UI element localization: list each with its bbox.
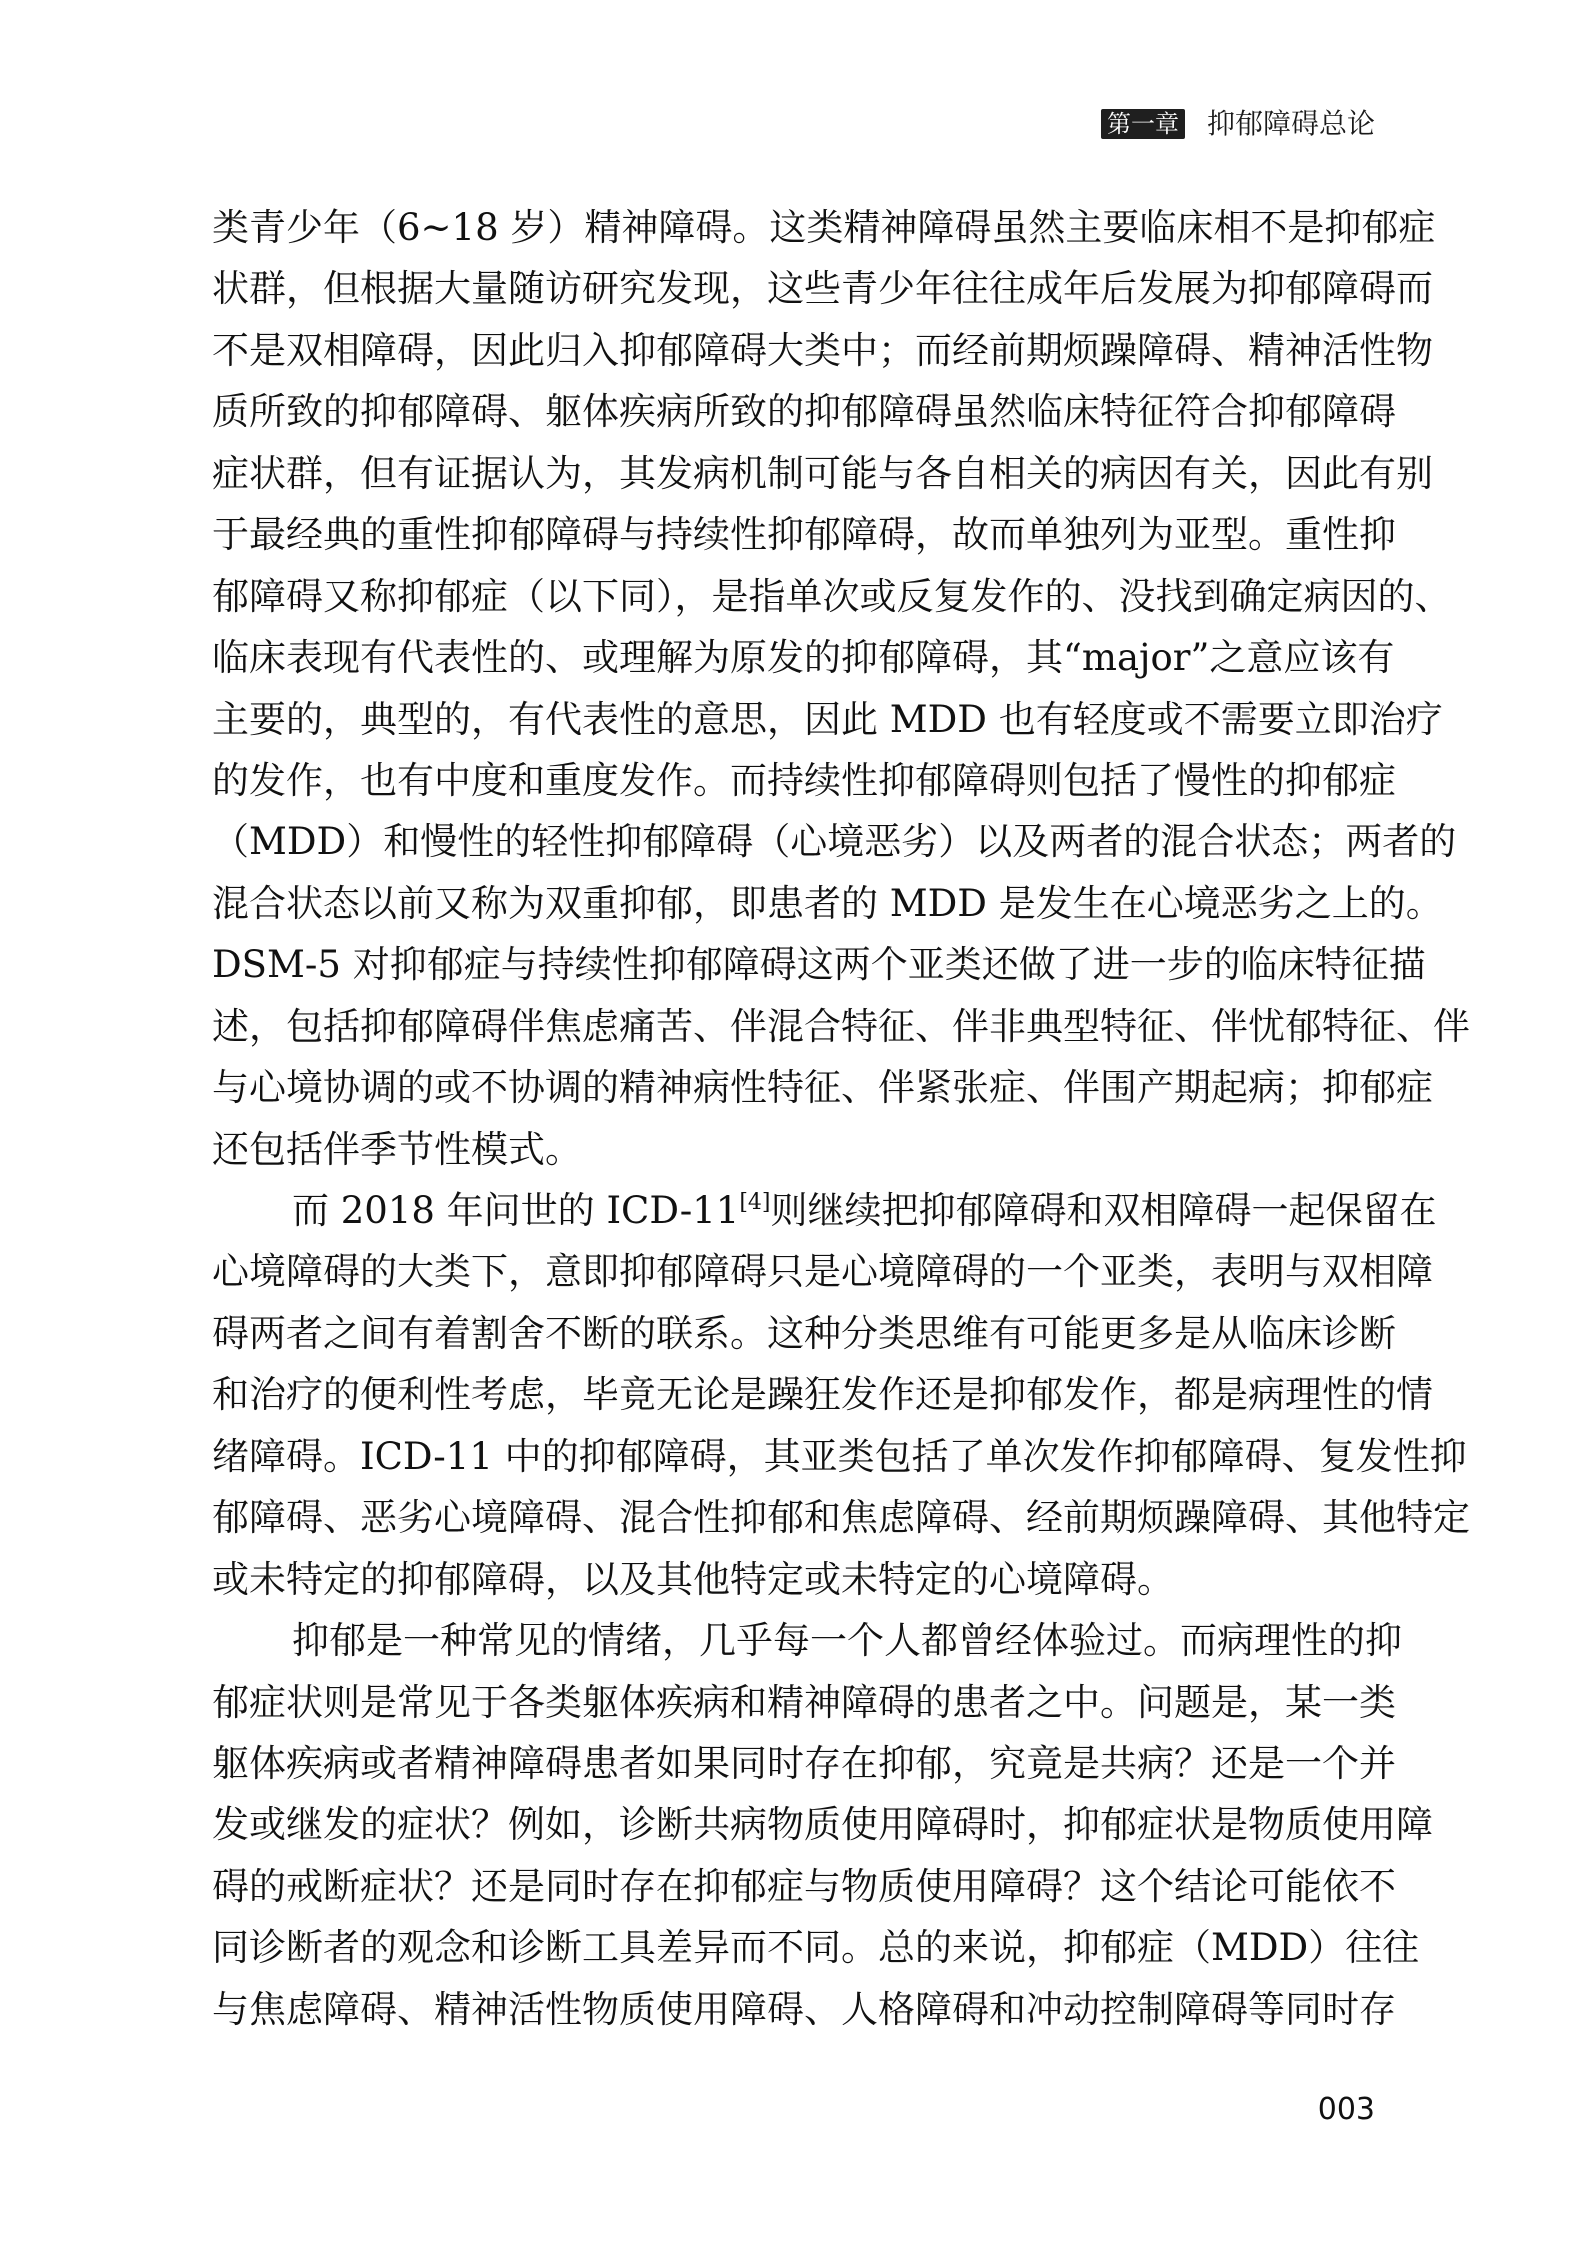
text-line: 郁障碍又称抑郁症（以下同），是指单次或反复发作的、没找到确定病因的、	[212, 566, 1376, 627]
text-line: 碍的戒断症状？还是同时存在抑郁症与物质使用障碍？这个结论可能依不	[212, 1856, 1376, 1917]
text-line: 症状群，但有证据认为，其发病机制可能与各自相关的病因有关，因此有别	[212, 443, 1376, 504]
running-header: 第一章 抑郁障碍总论	[1101, 108, 1375, 140]
text-line: 于最经典的重性抑郁障碍与持续性抑郁障碍，故而单独列为亚型。重性抑	[212, 504, 1376, 565]
text-line: 状群，但根据大量随访研究发现，这些青少年往往成年后发展为抑郁障碍而	[212, 258, 1376, 319]
text-line: 同诊断者的观念和诊断工具差异而不同。总的来说，抑郁症（MDD）往往	[212, 1917, 1376, 1978]
text-line: 碍两者之间有着割舍不断的联系。这种分类思维有可能更多是从临床诊断	[212, 1303, 1376, 1364]
citation-link[interactable]: [4]	[739, 1190, 770, 1215]
text-line: 临床表现有代表性的、或理解为原发的抑郁障碍，其“major”之意应该有	[212, 627, 1376, 688]
paragraph-start-line: 抑郁是一种常见的情绪，几乎每一个人都曾经体验过。而病理性的抑	[212, 1610, 1376, 1671]
text-line: 述，包括抑郁障碍伴焦虑痛苦、伴混合特征、伴非典型特征、伴忧郁特征、伴	[212, 996, 1376, 1057]
page-number: 003	[1318, 2092, 1375, 2127]
text-line: 发或继发的症状？例如，诊断共病物质使用障碍时，抑郁症状是物质使用障	[212, 1794, 1376, 1855]
text-segment: 则继续把抑郁障碍和双相障碍一起保留在	[770, 1189, 1436, 1232]
paragraph-start-line: 而 2018 年问世的 ICD-11[4]则继续把抑郁障碍和双相障碍一起保留在	[212, 1180, 1376, 1241]
text-line: 绪障碍。ICD-11 中的抑郁障碍，其亚类包括了单次发作抑郁障碍、复发性抑	[212, 1426, 1376, 1487]
text-line: 混合状态以前又称为双重抑郁，即患者的 MDD 是发生在心境恶劣之上的。	[212, 873, 1376, 934]
text-line: 郁症状则是常见于各类躯体疾病和精神障碍的患者之中。问题是，某一类	[212, 1672, 1376, 1733]
text-line: 主要的，典型的，有代表性的意思，因此 MDD 也有轻度或不需要立即治疗	[212, 689, 1376, 750]
text-line: 郁障碍、恶劣心境障碍、混合性抑郁和焦虑障碍、经前期烦躁障碍、其他特定	[212, 1487, 1376, 1548]
text-line: 还包括伴季节性模式。	[212, 1119, 1376, 1180]
text-line: 类青少年（6~18 岁）精神障碍。这类精神障碍虽然主要临床相不是抑郁症	[212, 197, 1376, 258]
text-line: DSM-5 对抑郁症与持续性抑郁障碍这两个亚类还做了进一步的临床特征描	[212, 934, 1376, 995]
text-line: 质所致的抑郁障碍、躯体疾病所致的抑郁障碍虽然临床特征符合抑郁障碍	[212, 381, 1376, 442]
body-text: 类青少年（6~18 岁）精神障碍。这类精神障碍虽然主要临床相不是抑郁症 状群，但…	[212, 197, 1376, 2040]
text-line: 的发作，也有中度和重度发作。而持续性抑郁障碍则包括了慢性的抑郁症	[212, 750, 1376, 811]
chapter-title: 抑郁障碍总论	[1207, 108, 1375, 140]
text-line: 心境障碍的大类下，意即抑郁障碍只是心境障碍的一个亚类，表明与双相障	[212, 1241, 1376, 1302]
text-segment: 而 2018 年问世的 ICD-11	[292, 1189, 739, 1232]
text-line: 躯体疾病或者精神障碍患者如果同时存在抑郁，究竟是共病？还是一个并	[212, 1733, 1376, 1794]
text-line: 或未特定的抑郁障碍，以及其他特定或未特定的心境障碍。	[212, 1549, 1376, 1610]
text-line: 与心境协调的或不协调的精神病性特征、伴紧张症、伴围产期起病；抑郁症	[212, 1057, 1376, 1118]
text-line: （MDD）和慢性的轻性抑郁障碍（心境恶劣）以及两者的混合状态；两者的	[212, 811, 1376, 872]
chapter-badge: 第一章	[1101, 109, 1185, 139]
text-line: 和治疗的便利性考虑，毕竟无论是躁狂发作还是抑郁发作，都是病理性的情	[212, 1364, 1376, 1425]
text-line: 不是双相障碍，因此归入抑郁障碍大类中；而经前期烦躁障碍、精神活性物	[212, 320, 1376, 381]
text-line: 与焦虑障碍、精神活性物质使用障碍、人格障碍和冲动控制障碍等同时存	[212, 1979, 1376, 2040]
